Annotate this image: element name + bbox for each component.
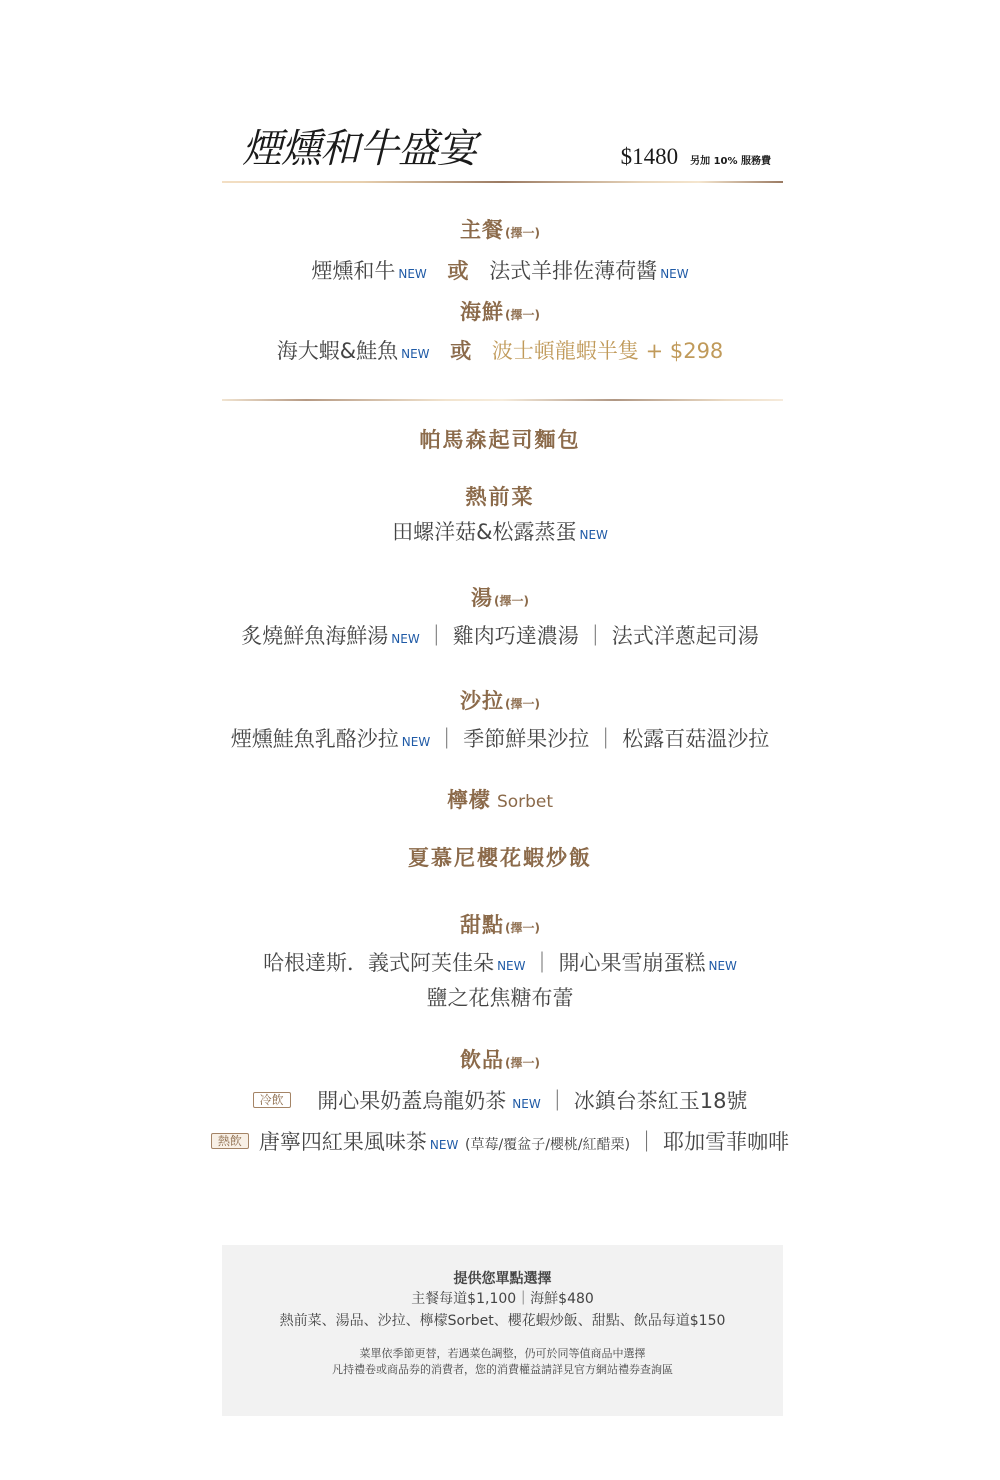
menu-item: 季節鮮果沙拉 — [463, 727, 589, 751]
menu-item: 哈根達斯．義式阿芙佳朵 — [263, 951, 494, 975]
item-separator: ｜ — [585, 624, 606, 648]
section-title-text: 甜點 — [460, 913, 504, 937]
section-dessert: 甜點(擇一) 哈根達斯．義式阿芙佳朵NEW｜開心果雪崩蛋糕NEW 鹽之花焦糖布蕾 — [0, 911, 1000, 1014]
section-bread: 帕馬森起司麵包 — [0, 426, 1000, 454]
new-badge: NEW — [391, 632, 419, 646]
header-divider — [222, 181, 783, 183]
new-badge: NEW — [512, 1097, 540, 1111]
menu-item: 開心果奶蓋烏龍奶茶 — [317, 1089, 506, 1113]
new-badge: NEW — [497, 959, 525, 973]
seafood-items: 海大蝦&鮭魚NEW 或 波士頓龍蝦半隻 + $298 — [0, 335, 1000, 370]
menu-item: 炙燒鮮魚海鮮湯 — [241, 624, 388, 648]
seasonal-note: 菜單依季節更替，若遇菜色調整，仍可於同等值商品中選擇 — [222, 1346, 783, 1362]
section-title-latin: Sorbet — [497, 792, 553, 812]
pick-one-note: (擇一) — [505, 921, 540, 935]
section-seafood: 海鮮(擇一) 海大蝦&鮭魚NEW 或 波士頓龍蝦半隻 + $298 — [0, 298, 1000, 370]
pick-one-note: (擇一) — [505, 226, 540, 240]
section-divider — [222, 399, 783, 401]
hot-drink-tag: 熱飲 — [211, 1133, 249, 1149]
price-block: $1480 另加 10% 服務費 — [621, 144, 771, 170]
section-drinks: 飲品(擇一) 冷飲 開心果奶蓋烏龍奶茶NEW｜冰鎮台茶紅玉18號 熱飲唐寧四紅果… — [0, 1046, 1000, 1161]
section-title-text: 沙拉 — [460, 689, 504, 713]
info-price-line-2: 熱前菜、湯品、沙拉、檸檬Sorbet、櫻花蝦炒飯、甜點、飲品每道$150 — [222, 1310, 783, 1332]
section-sorbet: 檸檬Sorbet — [0, 786, 1000, 816]
menu-item: 開心果雪崩蛋糕 — [559, 951, 706, 975]
menu-header: 煙燻和牛盛宴 $1480 另加 10% 服務費 — [222, 118, 783, 178]
new-badge: NEW — [430, 1138, 458, 1152]
or-separator: 或 — [450, 339, 471, 363]
voucher-note: 凡持禮卷或商品券的消費者，您的消費權益請詳見官方網站禮券查詢區 — [222, 1362, 783, 1378]
section-title: 熱前菜 — [0, 483, 1000, 511]
section-soup: 湯(擇一) 炙燒鮮魚海鮮湯NEW｜雞肉巧達濃湯｜法式洋蔥起司湯 — [0, 584, 1000, 655]
menu-item: 法式羊排佐薄荷醬 — [489, 259, 657, 283]
menu-item: 田螺洋菇&松露蒸蛋 — [392, 520, 576, 544]
section-title: 湯(擇一) — [0, 584, 1000, 615]
section-hot-appetizer: 熱前菜 田螺洋菇&松露蒸蛋NEW — [0, 483, 1000, 551]
main-course-items: 煙燻和牛NEW 或 法式羊排佐薄荷醬NEW — [0, 255, 1000, 290]
section-title: 檸檬Sorbet — [0, 786, 1000, 816]
section-title: 帕馬森起司麵包 — [0, 426, 1000, 454]
menu-item: 耶加雪菲咖啡 — [663, 1130, 789, 1154]
item-separator: ｜ — [532, 951, 553, 975]
menu-page: 煙燻和牛盛宴 $1480 另加 10% 服務費 主餐(擇一) 煙燻和牛NEW 或… — [0, 0, 1000, 1480]
new-badge: NEW — [401, 347, 429, 361]
info-price-line-1: 主餐每道$1,100｜海鮮$480 — [222, 1288, 783, 1310]
menu-item: 松露百菇溫沙拉 — [622, 727, 769, 751]
hot-drinks-row: 熱飲唐寧四紅果風味茶NEW (草莓/覆盆子/櫻桃/紅醋栗)｜耶加雪菲咖啡 — [0, 1126, 1000, 1161]
dessert-items-row2: 鹽之花焦糖布蕾 — [0, 982, 1000, 1014]
section-title-text: 湯 — [471, 586, 493, 610]
menu-item: 煙燻鮭魚乳酪沙拉 — [231, 727, 399, 751]
new-badge: NEW — [402, 735, 430, 749]
service-charge-note: 另加 10% 服務費 — [690, 152, 771, 167]
section-title-text: 主餐 — [460, 218, 504, 242]
new-badge: NEW — [709, 959, 737, 973]
section-title: 沙拉(擇一) — [0, 687, 1000, 718]
item-separator: ｜ — [436, 727, 457, 751]
section-main-course: 主餐(擇一) 煙燻和牛NEW 或 法式羊排佐薄荷醬NEW — [0, 216, 1000, 290]
flavor-options: (草莓/覆盆子/櫻桃/紅醋栗) — [465, 1137, 630, 1153]
menu-item: 唐寧四紅果風味茶 — [259, 1130, 427, 1154]
item-separator: ｜ — [426, 624, 447, 648]
a-la-carte-info-box: 提供您單點選擇 主餐每道$1,100｜海鮮$480 熱前菜、湯品、沙拉、檸檬So… — [222, 1245, 783, 1416]
section-title: 主餐(擇一) — [0, 216, 1000, 247]
menu-item: 鹽之花焦糖布蕾 — [427, 986, 574, 1010]
section-salad: 沙拉(擇一) 煙燻鮭魚乳酪沙拉NEW｜季節鮮果沙拉｜松露百菇溫沙拉 — [0, 687, 1000, 758]
pick-one-note: (擇一) — [505, 1056, 540, 1070]
pick-one-note: (擇一) — [505, 697, 540, 711]
menu-item-upgrade: 波士頓龍蝦半隻 + $298 — [492, 339, 723, 363]
or-separator: 或 — [448, 259, 469, 283]
menu-item: 煙燻和牛 — [311, 259, 395, 283]
item-separator: ｜ — [547, 1089, 568, 1113]
section-title: 海鮮(擇一) — [0, 298, 1000, 329]
item-separator: ｜ — [595, 727, 616, 751]
section-title-text: 檸檬 — [447, 788, 491, 812]
section-title-text: 飲品 — [460, 1048, 504, 1072]
menu-item: 冰鎮台茶紅玉18號 — [574, 1089, 748, 1113]
soup-items: 炙燒鮮魚海鮮湯NEW｜雞肉巧達濃湯｜法式洋蔥起司湯 — [0, 620, 1000, 655]
set-price: $1480 — [621, 144, 679, 170]
menu-item: 法式洋蔥起司湯 — [612, 624, 759, 648]
dessert-items: 哈根達斯．義式阿芙佳朵NEW｜開心果雪崩蛋糕NEW — [0, 947, 1000, 982]
menu-item: 海大蝦&鮭魚 — [277, 339, 398, 363]
section-fried-rice: 夏慕尼櫻花蝦炒飯 — [0, 844, 1000, 872]
section-title: 夏慕尼櫻花蝦炒飯 — [0, 844, 1000, 872]
menu-item: 雞肉巧達濃湯 — [453, 624, 579, 648]
hot-appetizer-items: 田螺洋菇&松露蒸蛋NEW — [0, 516, 1000, 551]
pick-one-note: (擇一) — [505, 308, 540, 322]
section-title-text: 海鮮 — [460, 300, 504, 324]
new-badge: NEW — [660, 267, 688, 281]
pick-one-note: (擇一) — [494, 594, 529, 608]
info-title: 提供您單點選擇 — [222, 1270, 783, 1288]
item-separator: ｜ — [636, 1130, 657, 1154]
new-badge: NEW — [398, 267, 426, 281]
section-title: 甜點(擇一) — [0, 911, 1000, 942]
cold-drink-tag: 冷飲 — [253, 1092, 291, 1108]
info-notes: 菜單依季節更替，若遇菜色調整，仍可於同等值商品中選擇 凡持禮卷或商品券的消費者，… — [222, 1346, 783, 1378]
salad-items: 煙燻鮭魚乳酪沙拉NEW｜季節鮮果沙拉｜松露百菇溫沙拉 — [0, 723, 1000, 758]
cold-drinks-row: 冷飲 開心果奶蓋烏龍奶茶NEW｜冰鎮台茶紅玉18號 — [0, 1085, 1000, 1120]
menu-title: 煙燻和牛盛宴 — [242, 124, 476, 174]
section-title: 飲品(擇一) — [0, 1046, 1000, 1077]
new-badge: NEW — [579, 528, 607, 542]
